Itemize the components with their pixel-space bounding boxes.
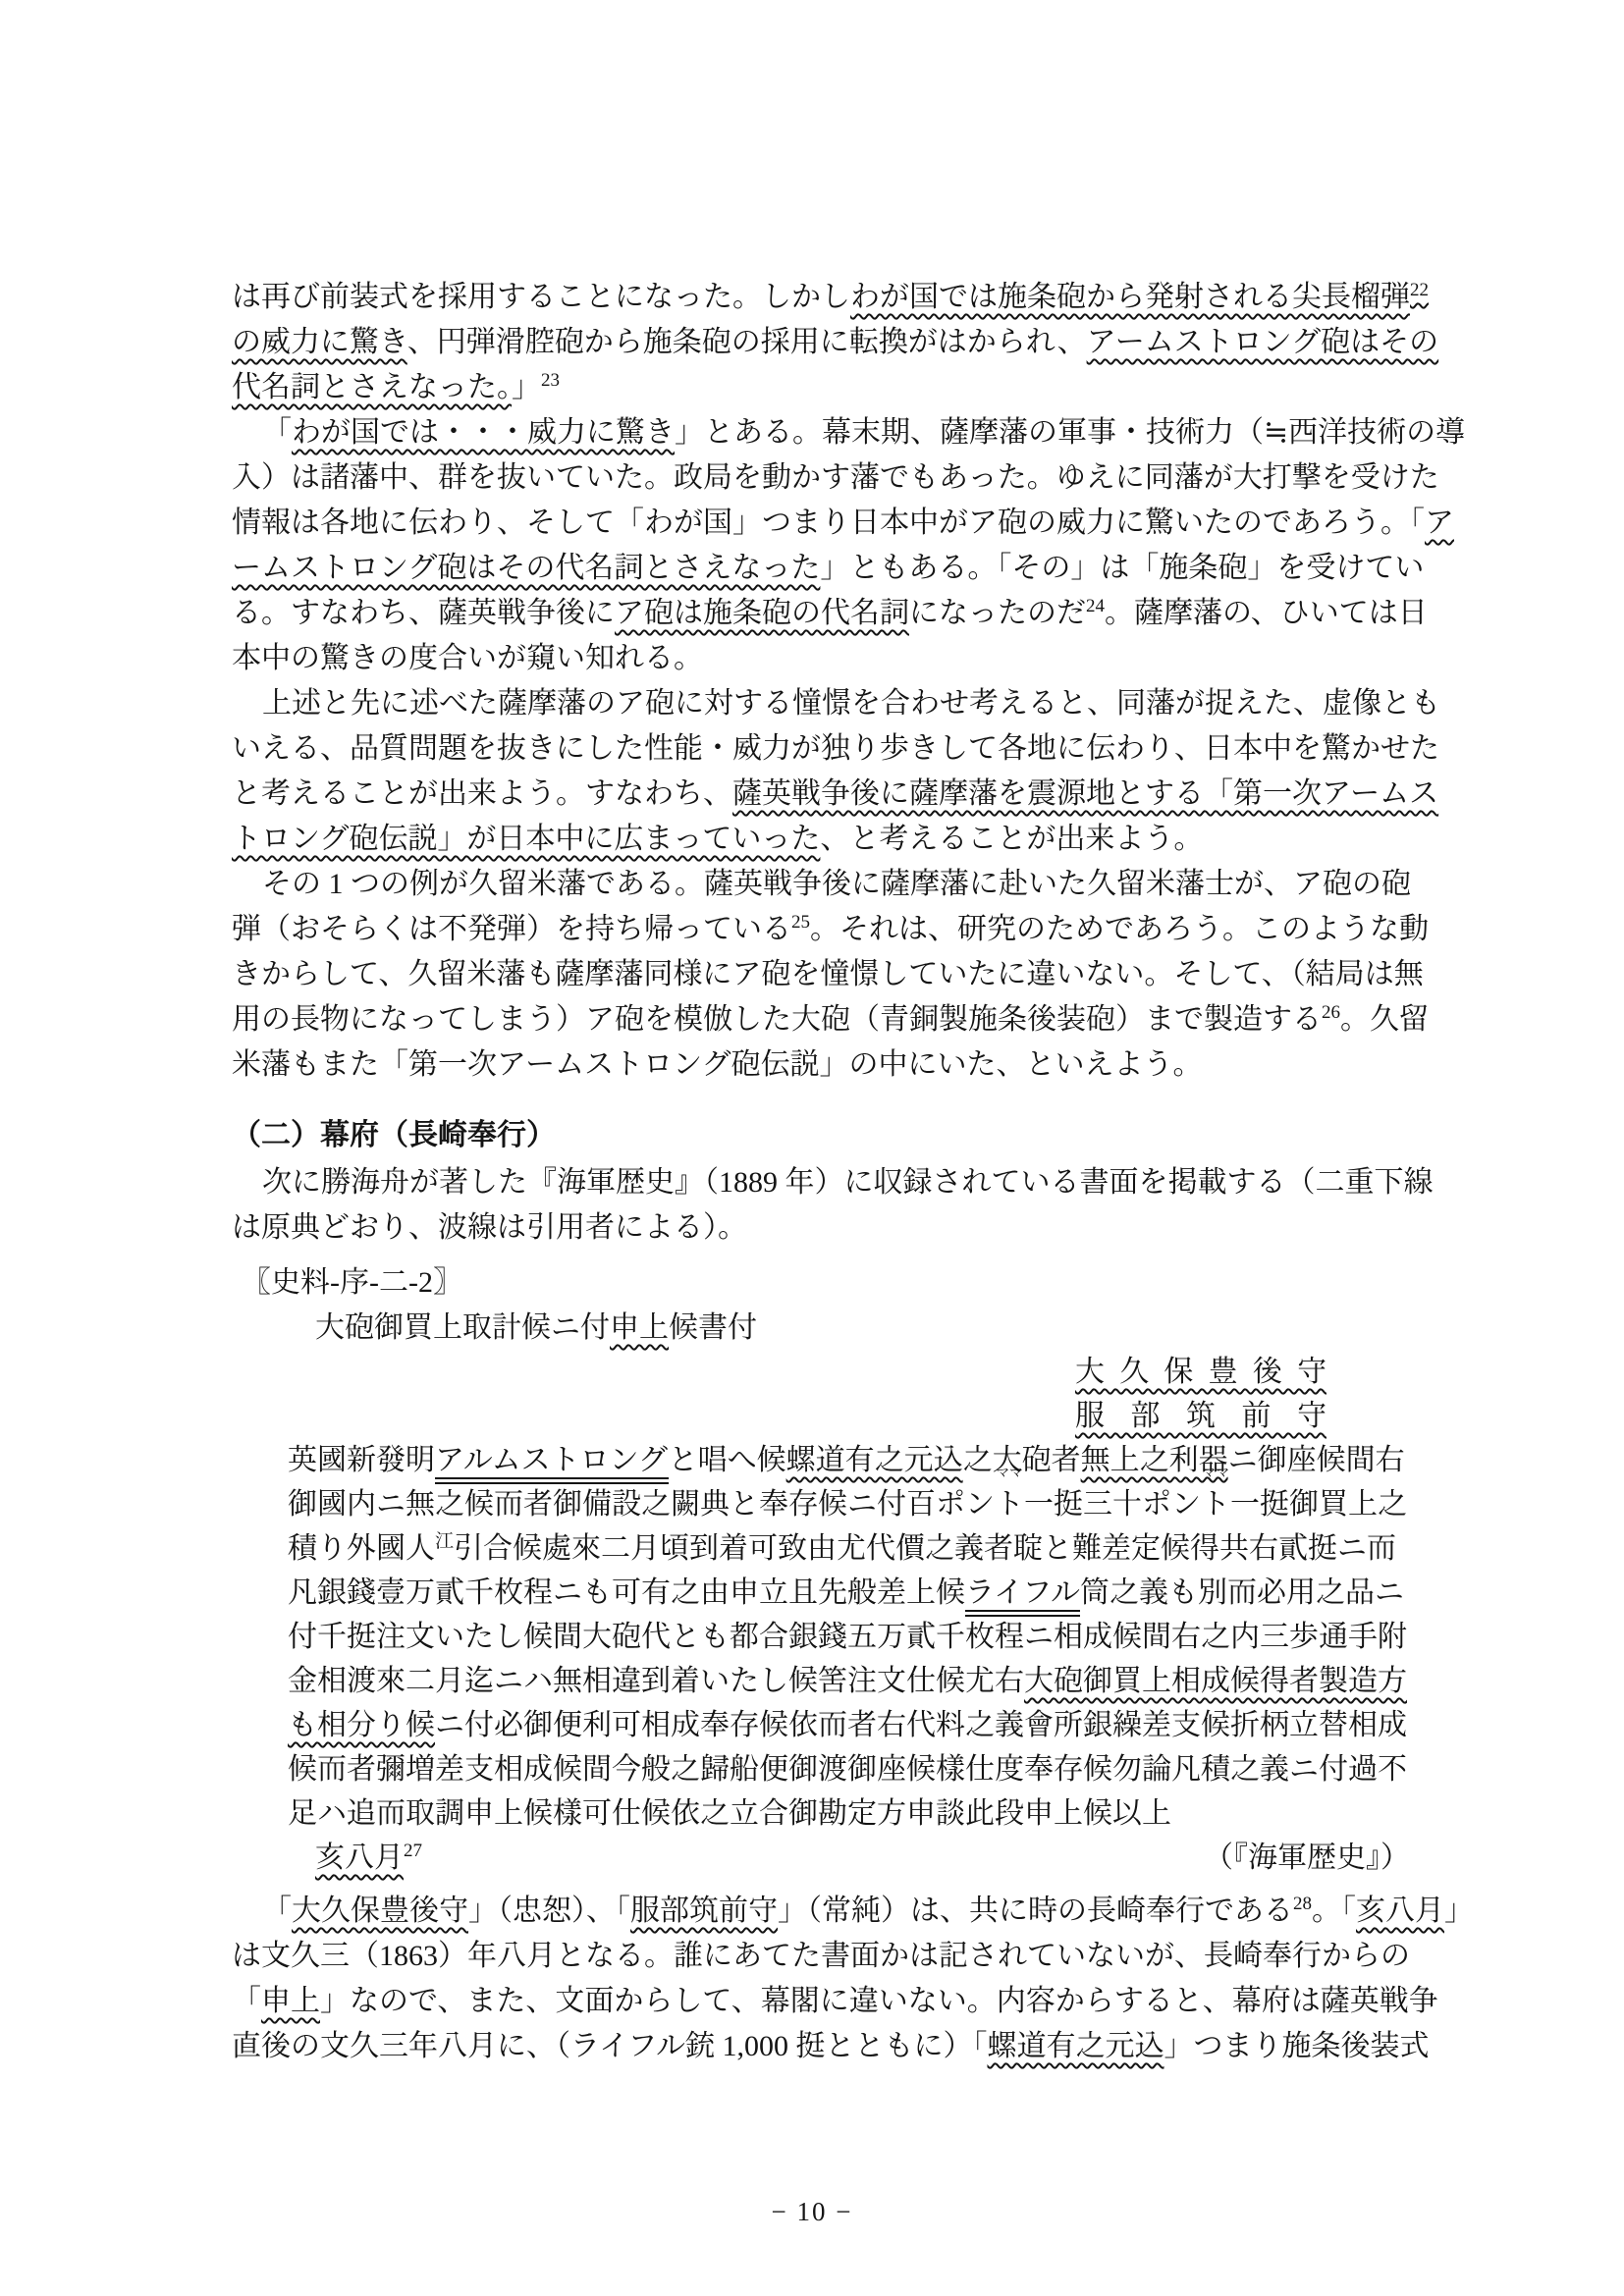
underlined-text: 螺道有之元込 — [988, 2030, 1164, 2062]
text-run: 」 — [1444, 1895, 1474, 1927]
text-run: 足ハ追而取調申上候樣可仕候依之立合御勘定方申談此段申上候以上 — [288, 1797, 1171, 1830]
quote-date: 亥八月27 — [315, 1836, 422, 1881]
text-run: 。それは、研究のためであろう。このような動 — [810, 913, 1429, 945]
body-line: の威力に驚き、円弾滑腔砲から施条砲の採用に転換がはかられ、アームストロング砲はそ… — [232, 320, 1410, 365]
body-line: 「大久保豊後守」（忠恕）、「服部筑前守」（常純）は、共に時の長崎奉行である28。… — [232, 1889, 1410, 1934]
body-line: 入）は諸藩中、群を抜いていた。政局を動かす藩でもあった。ゆえに同藩が大打撃を受け… — [232, 455, 1410, 501]
body-line: 上述と先に述べた薩摩藩のア砲に対する憧憬を合わせ考えると、同藩が捉えた、虚像とも — [232, 681, 1410, 726]
quote-title: 大砲御買上取計候ニ付申上候書付 — [315, 1306, 1410, 1350]
underlined-text: 亥八月 — [315, 1842, 404, 1874]
text-run: は原典どおり、波線は引用者による）。 — [232, 1211, 747, 1244]
text-run: 。久留 — [1340, 1003, 1429, 1036]
text-run: 。「 — [1312, 1895, 1356, 1927]
text-run: 」（忠恕）、「 — [468, 1895, 630, 1927]
text-run: 米藩もまた「第一次アームストロング砲伝説」の中にいた、といえよう。 — [232, 1048, 1203, 1081]
text-run: 「 — [262, 1895, 292, 1927]
quote-footer: 亥八月27 （『海軍歴史』） — [232, 1836, 1410, 1881]
underlined-text: わが国では・・・威力に驚き — [292, 416, 675, 449]
text-run: 」なので、また、文面からして、幕閣に違いない。内容からすると、幕府は薩英戦争 — [320, 1985, 1438, 2017]
quote-line: も相分り候ニ付必御便利可相成奉存候依而者右代料之義會所銀繰差支候折柄立替相成 — [288, 1703, 1410, 1747]
quote-line: 凡銀錢壹万貳千枚程ニも可有之由申立且先般差上候ライフル筒之義も別而必用之品ニ — [288, 1571, 1410, 1615]
quote-line: 御國内ニ無之候而者御備設之闕典と奉存候ニ付百ポントママ一挺三十ポントママ一挺御買… — [288, 1482, 1410, 1526]
text-run: 付千挺注文いたし候間大砲代とも都合銀錢五万貳千枚程ニ相成候間右之内三歩通手附 — [288, 1621, 1407, 1653]
text-run: 」つまり施条後装式 — [1164, 2030, 1430, 2062]
text-run: 英國新發明 — [288, 1444, 435, 1476]
text-run: 金相渡來二月迄ニハ無相違到着いたし候筈注文仕候尤右 — [288, 1665, 1024, 1697]
underlined-text: の威力に驚き — [232, 326, 407, 358]
text-run: 」とある。幕末期、薩摩藩の軍事・技術力（≒西洋技術の導 — [675, 416, 1465, 449]
text-run: その 1 つの例が久留米藩である。薩英戦争後に薩摩藩に赴いた久留米藩士が、ア砲の… — [262, 868, 1411, 900]
opening-section: は再び前装式を採用することになった。しかしわが国では施条砲から発射される尖長榴弾… — [232, 275, 1410, 1088]
closing-section: 「大久保豊後守」（忠恕）、「服部筑前守」（常純）は、共に時の長崎奉行である28。… — [232, 1889, 1410, 2069]
underlined-text: 螺道有之元込 — [786, 1444, 963, 1476]
quote-source: （『海軍歴史』） — [1204, 1836, 1410, 1881]
underlined-text: トロング砲伝説」が日本中に広まっていった — [232, 823, 820, 855]
underlined-text: わが国では施条砲から発射される尖長榴弾 — [850, 281, 1410, 313]
document-body: は再び前装式を採用することになった。しかしわが国では施条砲から発射される尖長榴弾… — [232, 275, 1410, 2069]
text-run: 、と考えることが出来よう。 — [820, 823, 1203, 855]
underlined-text: 大久保豊後守 — [292, 1895, 468, 1927]
text-run: 筒之義も別而必用之品ニ — [1080, 1576, 1404, 1609]
text-run: 凡銀錢壹万貳千枚程ニも可有之由申立且先般差上候 — [288, 1576, 965, 1609]
quote-line: 積り外國人江引合候處來二月頃到着可致由尤代價之義者聢と難差定候得共右貳挺ニ而 — [288, 1526, 1410, 1571]
text-run: 候書付 — [669, 1311, 757, 1344]
body-line: は文久三（1863）年八月となる。誰にあてた書面かは記されていないが、長崎奉行か… — [232, 1934, 1410, 1979]
text-run: 「 — [232, 1985, 261, 2017]
text-run: になったのだ — [909, 597, 1086, 629]
underlined-text: 服部筑前守 — [630, 1895, 778, 1927]
text-run: 「 — [262, 416, 292, 449]
body-line: 次に勝海舟が著した『海軍歴史』（1889 年）に収録されている書面を掲載する（二… — [232, 1160, 1410, 1205]
underlined-text: ア — [1425, 507, 1454, 539]
quote-line: 候而者彌増差支相成候間今般之歸船便御渡御座候樣仕度奉存候勿論凡積之義ニ付過不 — [288, 1747, 1410, 1791]
underlined-text: 22 — [1410, 280, 1429, 300]
underlined-text: ームストロング砲はその代名詞とさえなった — [232, 552, 820, 584]
underlined-text: 代名詞とさえなった。 — [232, 371, 512, 403]
text-run: 」 — [512, 371, 541, 403]
text-run: る。すなわち、薩英戦争後に — [232, 597, 615, 629]
underlined-text: ア砲は施条砲の代名詞 — [615, 597, 909, 629]
text-run: 大砲御買上取計候ニ付 — [315, 1311, 610, 1344]
underlined-text: 申上 — [261, 1985, 320, 2017]
underlined-text: も相分り候 — [288, 1709, 435, 1741]
body-line: 情報は各地に伝わり、そして「わが国」つまり日本中がア砲の威力に驚いたのであろう。… — [232, 501, 1410, 546]
superscript-note: 26 — [1322, 1002, 1340, 1023]
underlined-text: 薩英戦争後に薩摩藩を震源地とする「第一次アームス — [732, 777, 1438, 810]
section-heading: （二）幕府（長崎奉行） — [232, 1113, 1410, 1158]
quote-line: 足ハ追而取調申上候樣可仕候依之立合御勘定方申談此段申上候以上 — [288, 1791, 1410, 1836]
ruby-annotated-text: トママ — [1201, 1482, 1230, 1526]
text-run: は再び前装式を採用することになった。しかし — [232, 281, 850, 313]
text-run: 御國内ニ無之候而者御備設之闕典と奉存候ニ付百ポン — [288, 1488, 995, 1521]
text-run: 一挺御買上之 — [1230, 1488, 1407, 1521]
body-line: きからして、久留米藩も薩摩藩同様にア砲を憧憬していたに違いない。そして、（結局は… — [232, 952, 1410, 997]
text-run: 引合候處來二月頃到着可致由尤代價之義者聢と難差定候得共右貳挺ニ而 — [454, 1532, 1396, 1565]
body-line: その 1 つの例が久留米藩である。薩英戦争後に薩摩藩に赴いた久留米藩士が、ア砲の… — [232, 862, 1410, 907]
source-label: 〖史料-序-二-2〗 — [232, 1260, 1410, 1306]
text-run: 本中の驚きの度合いが窺い知れる。 — [232, 642, 703, 674]
body-line: トロング砲伝説」が日本中に広まっていった、と考えることが出来よう。 — [232, 817, 1410, 862]
superscript-note: 25 — [791, 912, 810, 933]
quote-line: 英國新發明アルムストロングと唱へ候螺道有之元込之大砲者無上之利器ニ御座候間右 — [288, 1438, 1410, 1482]
text-run: 一挺三十ポン — [1024, 1488, 1201, 1521]
text-run: 」（常純）は、共に時の長崎奉行である — [778, 1895, 1293, 1927]
text-run: 上述と先に述べた薩摩藩のア砲に対する憧憬を合わせ考えると、同藩が捉えた、虚像とも — [262, 687, 1440, 720]
superscript-note: 23 — [541, 370, 560, 391]
body-line: 本中の驚きの度合いが窺い知れる。 — [232, 636, 1410, 681]
superscript-note: 24 — [1086, 596, 1105, 616]
text-run: と考えることが出来よう。すなわち、 — [232, 777, 732, 810]
body-line: 直後の文久三年八月に、（ライフル銃 1,000 挺とともに）「螺道有之元込」つま… — [232, 2024, 1410, 2069]
text-run: いえる、品質問題を抜きにした性能・威力が独り歩きして各地に伝わり、日本中を驚かせ… — [232, 732, 1439, 765]
text-run: きからして、久留米藩も薩摩藩同様にア砲を憧憬していたに違いない。そして、（結局は… — [232, 958, 1424, 990]
text-run: 積り外國人 — [288, 1532, 435, 1565]
quote-line: 付千挺注文いたし候間大砲代とも都合銀錢五万貳千枚程ニ相成候間右之内三歩通手附 — [288, 1615, 1410, 1659]
underlined-text: アームストロング砲はその — [1087, 326, 1439, 358]
signature: 服部筑前守 — [1075, 1394, 1326, 1438]
superscript-note: 28 — [1293, 1894, 1312, 1914]
body-line: いえる、品質問題を抜きにした性能・威力が独り歩きして各地に伝わり、日本中を驚かせ… — [232, 726, 1410, 772]
text-run: 直後の文久三年八月に、（ライフル銃 1,000 挺とともに）「 — [232, 2030, 988, 2062]
underlined-text: 申上 — [610, 1311, 669, 1344]
ruby-annotation: ママ — [996, 1468, 1023, 1481]
underlined-text: アルムストロング — [435, 1444, 669, 1484]
text-run: 次に勝海舟が著した『海軍歴史』（1889 年）に収録されている書面を掲載する（二… — [262, 1166, 1434, 1199]
underlined-text: 亥八月 — [1356, 1895, 1444, 1927]
text-run: 、円弾滑腔砲から施条砲の採用に転換がはかられ、 — [407, 326, 1087, 358]
text-run: と唱へ候 — [669, 1444, 786, 1476]
ruby-annotation: ママ — [1202, 1468, 1229, 1481]
body-line: ームストロング砲はその代名詞とさえなった」ともある。「その」は「施条砲」を受けて… — [232, 546, 1410, 591]
body-line: 代名詞とさえなった。」23 — [232, 365, 1410, 410]
page: は再び前装式を採用することになった。しかしわが国では施条砲から発射される尖長榴弾… — [0, 0, 1624, 2296]
page-number: − 10 − — [0, 2197, 1624, 2227]
text-run: 入）は諸藩中、群を抜いていた。政局を動かす藩でもあった。ゆえに同藩が大打撃を受け… — [232, 461, 1439, 494]
quote-body: 英國新發明アルムストロングと唱へ候螺道有之元込之大砲者無上之利器ニ御座候間右御國… — [288, 1438, 1410, 1836]
body-line: 用の長物になってしまう）ア砲を模倣した大砲（青銅製施条後装砲）まで製造する26。… — [232, 997, 1410, 1042]
text-run: ニ御座候間右 — [1228, 1444, 1405, 1476]
body-line: 弾（おそらくは不発弾）を持ち帰っている25。それは、研究のためであろう。このよう… — [232, 907, 1410, 952]
ruby-annotated-text: トママ — [995, 1482, 1024, 1526]
quote-signatures: 大久保豊後守服部筑前守 — [232, 1350, 1410, 1438]
signature: 大久保豊後守 — [1075, 1350, 1326, 1394]
text-run: ニ付必御便利可相成奉存候依而者右代料之義會所銀繰差支候折柄立替相成 — [435, 1709, 1407, 1741]
text-run: は文久三（1863）年八月となる。誰にあてた書面かは記されていないが、長崎奉行か… — [232, 1940, 1410, 1972]
body-line: と考えることが出来よう。すなわち、薩英戦争後に薩摩藩を震源地とする「第一次アーム… — [232, 772, 1410, 817]
text-run: 情報は各地に伝わり、そして「わが国」つまり日本中がア砲の威力に驚いたのであろう。… — [232, 507, 1425, 539]
commentary-section: 次に勝海舟が著した『海軍歴史』（1889 年）に収録されている書面を掲載する（二… — [232, 1160, 1410, 1251]
text-run: 。薩摩藩の、ひいては日 — [1105, 597, 1428, 629]
underlined-text: 大砲御買上相成候得者製造方 — [1024, 1665, 1407, 1697]
quote-line: 金相渡來二月迄ニハ無相違到着いたし候筈注文仕候尤右大砲御買上相成候得者製造方 — [288, 1659, 1410, 1703]
body-line: は原典どおり、波線は引用者による）。 — [232, 1205, 1410, 1251]
body-line: 米藩もまた「第一次アームストロング砲伝説」の中にいた、といえよう。 — [232, 1042, 1410, 1088]
underlined-text: ライフル — [965, 1576, 1080, 1617]
body-line: 「わが国では・・・威力に驚き」とある。幕末期、薩摩藩の軍事・技術力（≒西洋技術の… — [232, 410, 1410, 455]
text-run: 弾（おそらくは不発弾）を持ち帰っている — [232, 913, 791, 945]
body-line: る。すなわち、薩英戦争後にア砲は施条砲の代名詞になったのだ24。薩摩藩の、ひいて… — [232, 591, 1410, 636]
text-run: 候而者彌増差支相成候間今般之歸船便御渡御座候樣仕度奉存候勿論凡積之義ニ付過不 — [288, 1753, 1407, 1786]
text-run: 用の長物になってしまう）ア砲を模倣した大砲（青銅製施条後装砲）まで製造する — [232, 1003, 1322, 1036]
text-run: 」ともある。「その」は「施条砲」を受けてい — [820, 552, 1424, 584]
superscript-note: 27 — [404, 1841, 422, 1861]
superscript-note: 江 — [435, 1531, 454, 1552]
body-line: は再び前装式を採用することになった。しかしわが国では施条砲から発射される尖長榴弾… — [232, 275, 1410, 320]
quote-block: 大砲御買上取計候ニ付申上候書付 大久保豊後守服部筑前守 英國新發明アルムストロン… — [232, 1306, 1410, 1881]
body-line: 「申上」なので、また、文面からして、幕閣に違いない。内容からすると、幕府は薩英戦… — [232, 1979, 1410, 2024]
